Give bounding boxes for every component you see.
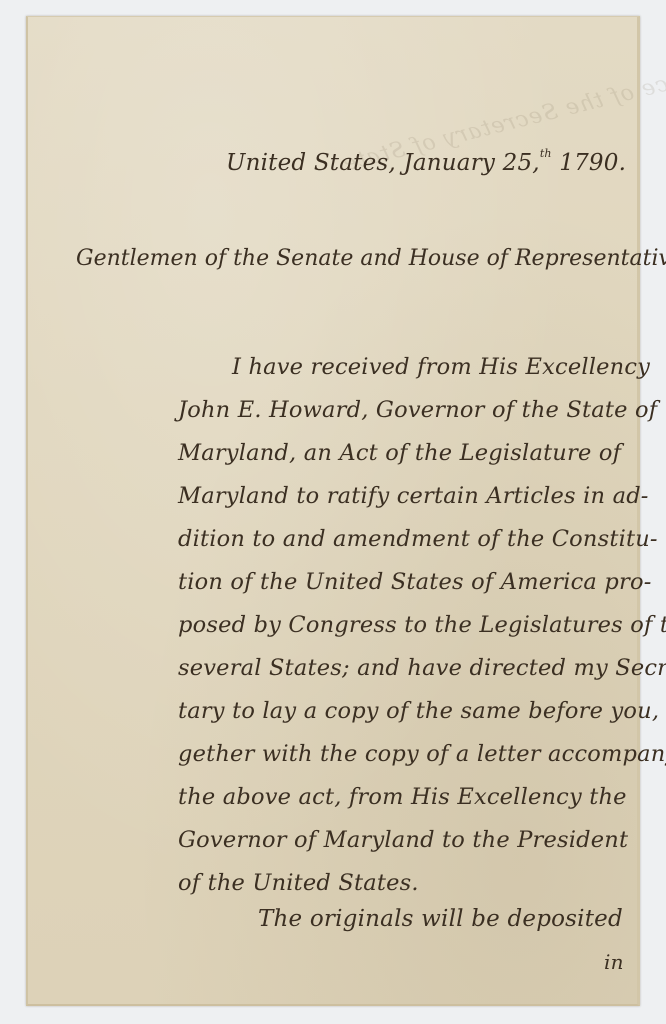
body-line: tion of the United States of America pro… xyxy=(178,569,652,595)
body-line: John E. Howard, Governor of the State of xyxy=(178,397,657,423)
closing-line: The originals will be deposited xyxy=(258,906,623,932)
body-line: Governor of Maryland to the President xyxy=(178,827,628,853)
body-line: Maryland to ratify certain Articles in a… xyxy=(178,483,649,509)
dateline-month: January xyxy=(403,150,495,176)
body-line: tary to lay a copy of the same before yo… xyxy=(178,698,666,724)
dateline-day-suffix: th xyxy=(540,147,552,160)
dateline-year: 1790. xyxy=(559,150,626,176)
body-line: I have received from His Excellency xyxy=(232,354,650,380)
body-line: several States; and have directed my Sec… xyxy=(178,655,666,681)
salutation: Gentlemen of the Senate and House of Rep… xyxy=(76,246,666,271)
dateline-day: 25, xyxy=(503,150,540,176)
dateline-place: United States, xyxy=(226,150,396,176)
catchword: in xyxy=(604,950,624,974)
body-line: gether with the copy of a letter accompa… xyxy=(178,741,666,767)
dateline: United States, January 25,th 1790. xyxy=(226,150,626,176)
body-line: dition to and amendment of the Constitu- xyxy=(178,526,658,552)
document-page: To the Office of the Secretary of State … xyxy=(26,16,640,1006)
body-line: of the United States. xyxy=(178,870,419,896)
body-line: posed by Congress to the Legislatures of… xyxy=(178,612,666,638)
body-line: Maryland, an Act of the Legislature of xyxy=(178,440,621,466)
body-line: the above act, from His Excellency the xyxy=(178,784,627,810)
